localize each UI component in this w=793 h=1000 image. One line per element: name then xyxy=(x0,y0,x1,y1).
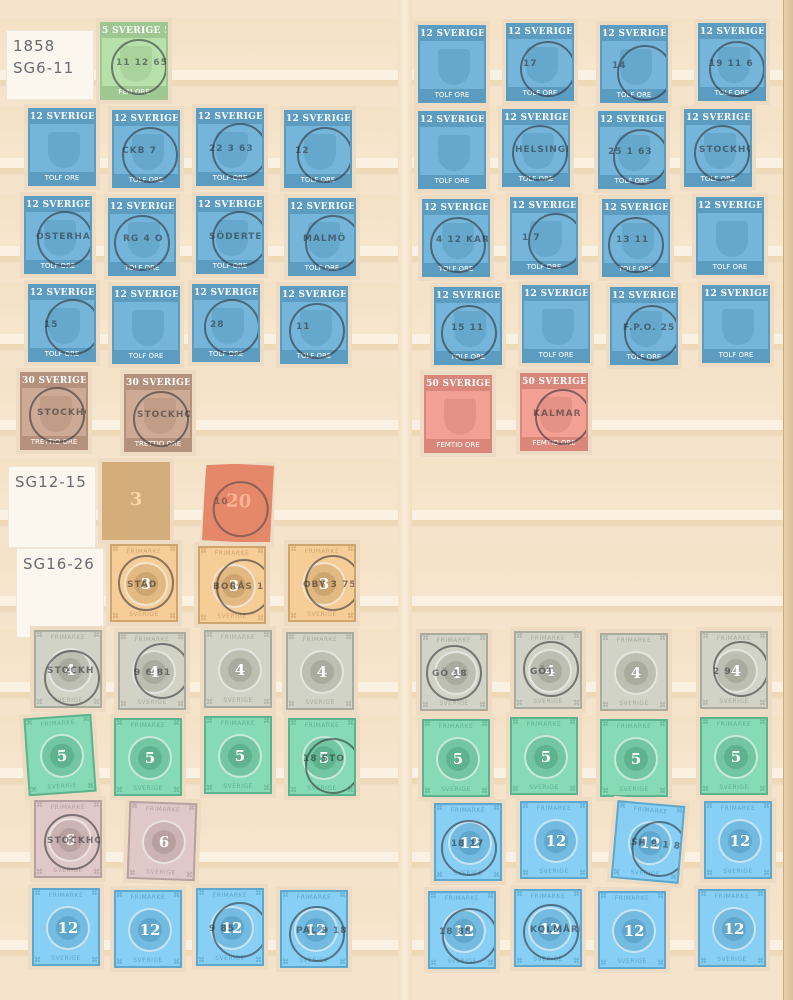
postmark-text: SÖDERTELGE xyxy=(209,232,264,242)
stamp-num-5[interactable]: FRIMARKE5SVERIGE⌘⌘⌘⌘ xyxy=(506,713,582,799)
stamp-num-3[interactable]: FRIMARKE3SVERIGE⌘⌘⌘⌘BORÅS 14 1 xyxy=(194,542,270,628)
corner-ornament-icon: ⌘ xyxy=(30,787,37,794)
stamp-value-inscription: TOLF ORE xyxy=(704,349,768,361)
stamp-coat-12[interactable]: 12 SVERIGE 12TOLF OREÖSTERHANIN xyxy=(20,192,96,278)
postmark-text: 2 9 xyxy=(713,667,732,677)
stamp-design: FRIMARKE4SVERIGE⌘⌘⌘⌘ xyxy=(600,633,668,711)
stamp-country-text: SVERIGE xyxy=(700,956,764,963)
corner-ornament-icon: ⌘ xyxy=(257,548,264,555)
stamp-value-inscription: TOLF ORE xyxy=(698,261,762,273)
corner-ornament-icon: ⌘ xyxy=(263,718,270,725)
stamp-design: FRIMARKE12SVERIGE⌘⌘⌘⌘ xyxy=(704,801,772,879)
stamp-coat-12[interactable]: 12 SVERIGE 12TOLF ORE xyxy=(698,281,774,367)
stamp-num-5[interactable]: FRIMARKE5SVERIGE⌘⌘⌘⌘ xyxy=(110,714,186,800)
stamp-num-12[interactable]: FRIMARKE12SVERIGE⌘⌘⌘⌘ xyxy=(516,797,592,883)
stamp-frimarke-text: FRIMARKE xyxy=(288,636,352,643)
corner-ornament-icon: ⌘ xyxy=(602,635,609,642)
stamp-lion-3[interactable]: 3 xyxy=(98,458,174,544)
stockbook-strip xyxy=(0,420,785,434)
postmark-text: OBY 3 75 xyxy=(303,580,356,590)
stamp-coat-12[interactable]: 12 SVERIGE 12TOLF ORE xyxy=(692,193,768,279)
stamp-frimarke-text: FRIMARKE xyxy=(512,721,576,728)
postmark-circle xyxy=(613,129,666,185)
stamp-design: FRIMARKE3SVERIGE⌘⌘⌘⌘OBY 3 75 xyxy=(288,544,356,622)
stamp-country-text: SVERIGE xyxy=(702,698,766,705)
stamp-num-4[interactable]: FRIMARKE4SVERIGE⌘⌘⌘⌘ xyxy=(596,629,672,715)
stamp-country-text: SVERIGE xyxy=(120,699,184,706)
stamp-design: FRIMARKE12SVERIGE⌘⌘⌘⌘18 17 xyxy=(434,803,502,881)
stamp-design: 12 SVERIGE 12TOLF ORE xyxy=(702,285,770,363)
stamp-design: FRIMARKE12SVERIGE⌘⌘⌘⌘ xyxy=(32,888,100,966)
stamp-frimarke-text: FRIMARKE xyxy=(424,723,488,730)
stamp-frimarke-text: FRIMARKE xyxy=(26,718,90,729)
stamp-num-4[interactable]: FRIMARKE4SVERIGE⌘⌘⌘⌘STOCKH xyxy=(30,626,106,712)
stamp-coat-12[interactable]: 12 SVERIGE 12TOLF ORE15 xyxy=(24,280,100,366)
stamp-top-inscription: 12 SVERIGE 12 xyxy=(512,199,576,213)
stamp-design: 12 SVERIGE 12TOLF ORECKB 7 xyxy=(112,110,180,188)
stamp-num-12[interactable]: FRIMARKE12SVERIGE⌘⌘⌘⌘KOLMÅRDEN xyxy=(510,885,586,971)
corner-ornament-icon: ⌘ xyxy=(173,959,180,966)
stamp-top-inscription: 30 SVERIGE 30 xyxy=(22,374,86,388)
corner-ornament-icon: ⌘ xyxy=(512,719,519,726)
corner-ornament-icon: ⌘ xyxy=(479,635,486,642)
stamp-design: FRIMARKE5SVERIGE⌘⌘⌘⌘ xyxy=(23,714,96,797)
stamp-numeral: 5 xyxy=(724,745,748,769)
postmark-text: CKB 7 xyxy=(122,146,157,156)
numeral-circle: 5 xyxy=(218,734,262,778)
stamp-coat-12[interactable]: 12 SVERIGE 12TOLF ORE28 xyxy=(188,280,264,366)
stamp-frimarke-text: FRIMARKE xyxy=(200,550,264,557)
stamp-design: FRIMARKE12SVERIGE⌘⌘⌘⌘18 85 xyxy=(428,891,496,969)
stamp-frimarke-text: FRIMARKE xyxy=(602,637,666,644)
stamp-design: FRIMARKE5SVERIGE⌘⌘⌘⌘ xyxy=(422,719,490,797)
stamp-num-5[interactable]: FRIMARKE5SVERIGE⌘⌘⌘⌘ xyxy=(19,709,101,800)
corner-ornament-icon: ⌘ xyxy=(657,893,664,900)
stamp-country-text: SVERIGE xyxy=(116,785,180,792)
stamp-num-5[interactable]: FRIMARKE5SVERIGE⌘⌘⌘⌘ xyxy=(418,715,494,801)
coat-of-arms-icon xyxy=(542,309,574,345)
corner-ornament-icon: ⌘ xyxy=(659,721,666,728)
corner-ornament-icon: ⌘ xyxy=(288,634,295,641)
stamp-value-inscription: TOLF ORE xyxy=(420,89,484,101)
stamp-frimarke-text: FRIMARKE xyxy=(131,805,195,814)
stamp-frimarke-text: FRIMARKE xyxy=(522,805,586,812)
stamp-frimarke-text: FRIMARKE xyxy=(430,895,494,902)
stamp-coat-12[interactable]: 12 SVERIGE 12TOLF ORE xyxy=(414,21,490,107)
corner-ornament-icon: ⌘ xyxy=(200,548,207,555)
stamp-num-6[interactable]: FRIMARKE6SVERIGE⌘⌘⌘⌘ xyxy=(123,797,202,886)
stamp-coat-12[interactable]: 12 SVERIGE 12TOLF ORESTOCKHOLM xyxy=(680,105,756,191)
corner-ornament-icon: ⌘ xyxy=(290,720,297,727)
stamp-frimarke-text: FRIMARKE xyxy=(198,892,262,899)
stamp-design: 50 SVERIGE 50FEMTIO ORE xyxy=(424,375,492,453)
stamp-coat-12[interactable]: 12 SVERIGE 12TOLF ORECKB 7 xyxy=(108,106,184,192)
corner-ornament-icon: ⌘ xyxy=(36,632,43,639)
stamp-design: 12 SVERIGE 12TOLF ORE17 xyxy=(506,23,574,101)
stamp-country-text: SVERIGE xyxy=(512,784,576,791)
stamp-num-3[interactable]: FRIMARKE3SVERIGE⌘⌘⌘⌘OBY 3 75 xyxy=(284,540,360,626)
stamp-coat-12[interactable]: 12 SVERIGE 12TOLF ORE4 12 KARLS xyxy=(418,195,494,281)
corner-ornament-icon: ⌘ xyxy=(93,699,100,706)
postmark-text: RG 4 O xyxy=(123,234,164,244)
stamp-coat-12[interactable]: 12 SVERIGE 12TOLF ORERG 4 O xyxy=(104,194,180,280)
stamp-frimarke-text: FRIMARKE xyxy=(206,720,270,727)
stamp-top-inscription: 12 SVERIGE 12 xyxy=(612,289,676,303)
corner-ornament-icon: ⌘ xyxy=(206,632,213,639)
numeral-circle: 6 xyxy=(141,819,187,865)
stamp-design: FRIMARKE12SVERIGE⌘⌘⌘⌘ xyxy=(598,891,666,969)
stamp-design: 12 SVERIGE 12TOLF ORE15 11 xyxy=(434,287,502,365)
corner-ornament-icon: ⌘ xyxy=(670,874,678,882)
stamp-num-12[interactable]: FRIMARKE12SVERIGE⌘⌘⌘⌘18 17 xyxy=(430,799,506,885)
postmark-text: 15 11 xyxy=(451,323,484,333)
stamp-value-inscription: TOLF ORE xyxy=(420,175,484,187)
stamp-coat-12[interactable]: 12 SVERIGE 12TOLF ORE17 xyxy=(502,19,578,105)
stamp-top-inscription: 5 SVERIGE 5 xyxy=(102,24,166,38)
stamp-num-12[interactable]: FRIMARKE12SVERIGE⌘⌘⌘⌘18 85 xyxy=(424,887,500,973)
postmark-circle xyxy=(305,738,356,794)
stamp-numeral: 5 xyxy=(228,744,252,768)
stamp-country-text: SVERIGE xyxy=(288,699,352,706)
postmark-circle xyxy=(608,217,664,273)
corner-ornament-icon: ⌘ xyxy=(573,891,580,898)
stamp-coat-12[interactable]: 12 SVERIGE 12TOLF ORE12 xyxy=(280,106,356,192)
corner-ornament-icon: ⌘ xyxy=(436,805,443,812)
corner-ornament-icon: ⌘ xyxy=(759,786,766,793)
corner-ornament-icon: ⌘ xyxy=(579,803,586,810)
stamp-num-12[interactable]: FRIMARKE12SVERIGE⌘⌘⌘⌘ xyxy=(28,884,104,970)
stamp-design: 12 SVERIGE 12TOLF ORE xyxy=(522,285,590,363)
stamp-coat-5[interactable]: 5 SVERIGE 5FEM ORE11 12 65 xyxy=(96,18,172,104)
stamp-design: 12 SVERIGE 12TOLF OREF.P.O. 25 xyxy=(610,287,678,365)
stamp-num-5[interactable]: FRIMARKE5SVERIGE⌘⌘⌘⌘18 STO xyxy=(284,714,360,800)
stamp-top-inscription: 12 SVERIGE 12 xyxy=(30,286,94,300)
corner-ornament-icon: ⌘ xyxy=(347,613,354,620)
postmark-text: KOLMÅRDEN xyxy=(530,925,582,935)
stockbook-page: 1858 SG6-11 SG12-15 SG16-26 5 SVERIGE 5F… xyxy=(0,0,793,1000)
stamp-design: FRIMARKE12SVERIGE⌘⌘⌘⌘KOLMÅRDEN xyxy=(514,889,582,967)
stamp-coat-12[interactable]: 12 SVERIGE 12TOLF OREF.P.O. 25 xyxy=(606,283,682,369)
stamp-coat-12[interactable]: 12 SVERIGE 12TOLF ORE xyxy=(414,107,490,193)
stamp-design: FRIMARKE12SVERIGE⌘⌘⌘⌘SH 9 1 83 xyxy=(611,800,686,884)
corner-ornament-icon: ⌘ xyxy=(87,783,94,790)
stamp-coat-12[interactable]: 12 SVERIGE 12TOLF ORE22 3 63 xyxy=(192,104,268,190)
corner-ornament-icon: ⌘ xyxy=(659,788,666,795)
stamp-coat-12[interactable]: 12 SVERIGE 12TOLF ORE13 11 xyxy=(598,195,674,281)
stamp-top-inscription: 30 SVERIGE 30 xyxy=(126,376,190,390)
corner-ornament-icon: ⌘ xyxy=(339,892,346,899)
stamp-num-12[interactable]: FRIMARKE12SVERIGE⌘⌘⌘⌘9 85 xyxy=(192,884,268,970)
corner-ornament-icon: ⌘ xyxy=(347,546,354,553)
coat-of-arms-icon xyxy=(444,399,476,435)
label-catalogue-range: SG12-15 xyxy=(15,471,89,493)
corner-ornament-icon: ⌘ xyxy=(573,958,580,965)
corner-ornament-icon: ⌘ xyxy=(173,892,180,899)
stamp-frimarke-text: FRIMARKE xyxy=(422,637,486,644)
corner-ornament-icon: ⌘ xyxy=(516,958,523,965)
stamp-design: FRIMARKE4SVERIGE⌘⌘⌘⌘9 6 81 xyxy=(118,632,186,710)
stamp-frimarke-text: FRIMARKE xyxy=(516,893,580,900)
stamp-top-inscription: 12 SVERIGE 12 xyxy=(282,288,346,302)
postmark-text: BORÅS 14 1 xyxy=(213,582,266,592)
stamp-num-4[interactable]: FRIMARKE4SVERIGE⌘⌘⌘⌘GÖ 18 xyxy=(416,629,492,715)
stamp-design: FRIMARKE12SVERIGE⌘⌘⌘⌘ xyxy=(114,890,182,968)
stamp-top-inscription: 12 SVERIGE 12 xyxy=(26,198,90,212)
corner-ornament-icon: ⌘ xyxy=(34,957,41,964)
stamp-coat-12[interactable]: 12 SVERIGE 12TOLF ORESÖDERTELGE xyxy=(192,192,268,278)
postmark-text: 4 12 KARLS xyxy=(436,235,490,245)
stamp-coat-12[interactable]: 12 SVERIGE 12TOLF OREHELSINGBOR xyxy=(498,105,574,191)
stamp-numeral: 4 xyxy=(228,658,252,682)
stamp-design: 2010 xyxy=(202,462,274,543)
corner-ornament-icon: ⌘ xyxy=(131,803,138,810)
postmark-text: GÖ 18 xyxy=(432,669,468,679)
postmark-text: ÖSTERHANIN xyxy=(36,232,92,242)
stamp-coat-12[interactable]: 12 SVERIGE 12TOLF ORE11 xyxy=(276,282,352,368)
stamp-coat-12[interactable]: 12 SVERIGE 12TOLF ORE xyxy=(24,104,100,190)
corner-ornament-icon: ⌘ xyxy=(188,805,195,812)
stamp-design: FRIMARKE4SVERIGE⌘⌘⌘⌘ xyxy=(286,632,354,710)
stamp-coat-12[interactable]: 12 SVERIGE 12TOLF ORE xyxy=(108,282,184,368)
stamp-frimarke-text: FRIMARKE xyxy=(206,634,270,641)
corner-ornament-icon: ⌘ xyxy=(345,634,352,641)
stamp-frimarke-text: FRIMARKE xyxy=(120,636,184,643)
stamp-num-4[interactable]: FRIMARKE4SVERIGE⌘⌘⌘⌘9 6 81 xyxy=(114,628,190,714)
stamp-numeral: 4 xyxy=(310,660,334,684)
corner-ornament-icon: ⌘ xyxy=(288,701,295,708)
stamp-num-12[interactable]: FRIMARKE12SVERIGE⌘⌘⌘⌘SH 9 1 83 xyxy=(606,796,689,888)
coat-of-arms-icon xyxy=(722,309,754,345)
postmark-text: 25 1 63 xyxy=(608,147,653,157)
stamp-coat-30[interactable]: 30 SVERIGE 30TRETTIO ORESTOCKHOLM xyxy=(120,370,196,456)
corner-ornament-icon: ⌘ xyxy=(290,787,297,794)
numeral-circle: 12 xyxy=(712,907,756,951)
corner-ornament-icon: ⌘ xyxy=(516,633,523,640)
stamp-num-12[interactable]: FRIMARKE12SVERIGE⌘⌘⌘⌘ xyxy=(694,885,770,971)
stamp-num-12[interactable]: FRIMARKE12SVERIGE⌘⌘⌘⌘ xyxy=(700,797,776,883)
stamp-country-text: SVERIGE xyxy=(702,784,766,791)
stamp-numeral: 6 xyxy=(152,830,177,855)
stamp-design: 12 SVERIGE 12TOLF ORE xyxy=(112,286,180,364)
corner-ornament-icon: ⌘ xyxy=(522,870,529,877)
stamp-design: 12 SVERIGE 12TOLF ORE11 xyxy=(280,286,348,364)
stamp-top-inscription: 12 SVERIGE 12 xyxy=(198,198,262,212)
stamp-design: FRIMARKE5SVERIGE⌘⌘⌘⌘18 STO xyxy=(288,718,356,796)
stamp-country-text: SVERIGE xyxy=(706,868,770,875)
stamp-design: 12 SVERIGE 12TOLF ORE xyxy=(696,197,764,275)
stamp-numeral: 5 xyxy=(534,745,558,769)
corner-ornament-icon: ⌘ xyxy=(290,546,297,553)
stamp-top-inscription: 12 SVERIGE 12 xyxy=(110,200,174,214)
stamp-coat-50[interactable]: 50 SVERIGE 50FEMTIO OREKALMAR xyxy=(516,369,592,455)
postmark-text: PAL 9 1881 xyxy=(296,926,348,936)
corner-ornament-icon: ⌘ xyxy=(206,718,213,725)
stamp-num-5[interactable]: FRIMARKE5SVERIGE⌘⌘⌘⌘ xyxy=(696,713,772,799)
stamp-frimarke-text: FRIMARKE xyxy=(436,807,500,814)
stamp-top-inscription: 12 SVERIGE 12 xyxy=(30,110,94,124)
stamp-design: FRIMARKE12SVERIGE⌘⌘⌘⌘ xyxy=(698,889,766,967)
stamp-design: FRIMARKE12SVERIGE⌘⌘⌘⌘9 85 xyxy=(196,888,264,966)
stamp-num-5[interactable]: FRIMARKE5SVERIGE⌘⌘⌘⌘ xyxy=(596,715,672,801)
corner-ornament-icon: ⌘ xyxy=(186,872,193,879)
stamp-design: 12 SVERIGE 12TOLF ORE28 xyxy=(192,284,260,362)
stamp-coat-12[interactable]: 12 SVERIGE 12TOLF ORE19 11 6 xyxy=(694,19,770,105)
stamp-numeral: 12 xyxy=(728,829,752,853)
stamp-design: FRIMARKE5SVERIGE⌘⌘⌘⌘ xyxy=(114,718,182,796)
stamp-frimarke-text: FRIMARKE xyxy=(290,722,354,729)
numeral-circle: 12 xyxy=(46,906,90,950)
corner-ornament-icon: ⌘ xyxy=(757,891,764,898)
corner-ornament-icon: ⌘ xyxy=(255,957,262,964)
postmark-text: 15 xyxy=(44,320,59,330)
stamp-top-inscription: 12 SVERIGE 12 xyxy=(704,287,768,301)
stamp-num-4[interactable]: FRIMARKE4SVERIGE⌘⌘⌘⌘ xyxy=(200,626,276,712)
postmark-text: 9 85 xyxy=(209,924,235,934)
stamp-num-12[interactable]: FRIMARKE12SVERIGE⌘⌘⌘⌘ xyxy=(594,887,670,973)
postmark-text: KALMAR xyxy=(533,409,582,419)
label-catalogue-range: SG6-11 xyxy=(13,57,87,79)
postmark-text: 17 xyxy=(523,59,538,69)
stamp-country-text: SVERIGE xyxy=(522,868,586,875)
stamp-coat-12[interactable]: 12 SVERIGE 12TOLF ORE25 1 63 xyxy=(594,107,670,193)
corner-ornament-icon: ⌘ xyxy=(763,803,770,810)
corner-ornament-icon: ⌘ xyxy=(91,890,98,897)
corner-ornament-icon: ⌘ xyxy=(600,893,607,900)
stamp-top-inscription: 12 SVERIGE 12 xyxy=(114,288,178,302)
stamp-top-inscription: 12 SVERIGE 12 xyxy=(700,25,764,39)
stamp-coat-12[interactable]: 12 SVERIGE 12TOLF ORE14 xyxy=(596,21,672,107)
corner-ornament-icon: ⌘ xyxy=(36,699,43,706)
stamp-numeral: 5 xyxy=(624,747,648,771)
stamp-design: 12 SVERIGE 12TOLF ORE12 xyxy=(284,110,352,188)
stamp-num-4[interactable]: FRIMARKE4SVERIGE⌘⌘⌘⌘2 9 xyxy=(696,627,772,713)
page-center-gutter xyxy=(398,0,412,1000)
stamp-coat-12[interactable]: 12 SVERIGE 12TOLF ORE1 7 xyxy=(506,193,582,279)
corner-ornament-icon: ⌘ xyxy=(112,613,119,620)
stamp-numeral: 12 xyxy=(56,916,80,940)
stamp-frimarke-text: FRIMARKE xyxy=(112,548,176,555)
numeral-circle: 5 xyxy=(436,737,480,781)
corner-ornament-icon: ⌘ xyxy=(757,958,764,965)
corner-ornament-icon: ⌘ xyxy=(198,890,205,897)
stamp-num-4[interactable]: FRIMARKE4SVERIGE⌘⌘⌘⌘ xyxy=(282,628,358,714)
corner-ornament-icon: ⌘ xyxy=(93,802,100,809)
corner-ornament-icon: ⌘ xyxy=(177,701,184,708)
stamp-value-inscription: TOLF ORE xyxy=(114,350,178,362)
stamp-num-6[interactable]: FRIMARKE6SVERIGE⌘⌘⌘⌘STOCKHOLM xyxy=(30,796,106,882)
corner-ornament-icon: ⌘ xyxy=(602,788,609,795)
stamp-frimarke-text: FRIMARKE xyxy=(116,722,180,729)
postmark-text: 28 xyxy=(210,320,225,330)
corner-ornament-icon: ⌘ xyxy=(602,702,609,709)
corner-ornament-icon: ⌘ xyxy=(112,546,119,553)
stamp-country-text: SVERIGE xyxy=(112,611,176,618)
stamp-design: FRIMARKE4SVERIGE⌘⌘⌘⌘GÖT xyxy=(514,631,582,709)
postmark-text: HELSINGBOR xyxy=(515,145,570,155)
label-sg16-26: SG16-26 xyxy=(16,548,104,638)
stamp-coat-12[interactable]: 12 SVERIGE 12TOLF ORE15 11 xyxy=(430,283,506,369)
stamp-coat-30[interactable]: 30 SVERIGE 30TRETTIO ORESTOCKHOLM xyxy=(16,368,92,454)
stamp-design: 50 SVERIGE 50FEMTIO OREKALMAR xyxy=(520,373,588,451)
stamp-design: 12 SVERIGE 12TOLF ORE4 12 KARLS xyxy=(422,199,490,277)
stamp-frimarke-text: FRIMARKE xyxy=(702,721,766,728)
numeral-circle: 12 xyxy=(612,909,656,953)
stamp-design: FRIMARKE4SVERIGE⌘⌘⌘⌘STOCKH xyxy=(34,630,102,708)
stamp-numeral: 12 xyxy=(138,918,162,942)
stamp-coat-12[interactable]: 12 SVERIGE 12TOLF OREMALMÖ xyxy=(284,194,360,280)
stamp-num-12[interactable]: FRIMARKE12SVERIGE⌘⌘⌘⌘PAL 9 1881 xyxy=(276,886,352,972)
stamp-coat-12[interactable]: 12 SVERIGE 12TOLF ORE xyxy=(518,281,594,367)
postmark-text: 22 3 63 xyxy=(209,144,254,154)
stamp-design: 12 SVERIGE 12TOLF ORE xyxy=(418,25,486,103)
postmark-circle xyxy=(520,41,574,97)
stamp-num-4[interactable]: FRIMARKE4SVERIGE⌘⌘⌘⌘GÖT xyxy=(510,627,586,713)
stamp-country-text: SVERIGE xyxy=(516,698,580,705)
corner-ornament-icon: ⌘ xyxy=(422,702,429,709)
stamp-num-3[interactable]: FRIMARKE3SVERIGE⌘⌘⌘⌘STAD xyxy=(106,540,182,626)
corner-ornament-icon: ⌘ xyxy=(573,700,580,707)
stamp-frimarke-text: FRIMARKE xyxy=(36,804,100,811)
numeral-circle: 4 xyxy=(218,648,262,692)
coat-of-arms-icon xyxy=(438,135,470,171)
stamp-top-inscription: 12 SVERIGE 12 xyxy=(698,199,762,213)
postmark-text: 10 xyxy=(214,497,229,508)
stamp-numeral: 12 xyxy=(544,829,568,853)
stamp-frimarke-text: FRIMARKE xyxy=(706,805,770,812)
stamp-design: FRIMARKE12SVERIGE⌘⌘⌘⌘PAL 9 1881 xyxy=(280,890,348,968)
postmark-text: STOCKHOLM xyxy=(37,408,88,418)
stamp-country-text: SVERIGE xyxy=(422,700,486,707)
corner-ornament-icon: ⌘ xyxy=(282,959,289,966)
stamp-design: FRIMARKE6SVERIGE⌘⌘⌘⌘ xyxy=(127,801,198,881)
corner-ornament-icon: ⌘ xyxy=(25,720,32,727)
numeral-circle: 12 xyxy=(718,819,762,863)
corner-ornament-icon: ⌘ xyxy=(493,872,500,879)
stamp-value-inscription: TOLF ORE xyxy=(30,172,94,184)
postmark-circle xyxy=(430,217,486,273)
corner-ornament-icon: ⌘ xyxy=(759,700,766,707)
corner-ornament-icon: ⌘ xyxy=(702,700,709,707)
corner-ornament-icon: ⌘ xyxy=(82,716,89,723)
corner-ornament-icon: ⌘ xyxy=(282,892,289,899)
corner-ornament-icon: ⌘ xyxy=(602,721,609,728)
stamp-coat-50[interactable]: 50 SVERIGE 50FEMTIO ORE xyxy=(420,371,496,457)
stamp-design: 12 SVERIGE 12TOLF ORE15 xyxy=(28,284,96,362)
stamp-design: 3 xyxy=(102,462,170,540)
corner-ornament-icon: ⌘ xyxy=(759,719,766,726)
stamp-lion-20[interactable]: 2010 xyxy=(198,458,278,548)
postmark-text: 14 xyxy=(612,61,627,71)
stamp-design: 12 SVERIGE 12TOLF ORE14 xyxy=(600,25,668,103)
stamp-country-text: SVERIGE xyxy=(200,613,264,620)
stamp-top-inscription: 12 SVERIGE 12 xyxy=(198,110,262,124)
corner-ornament-icon: ⌘ xyxy=(206,785,213,792)
corner-ornament-icon: ⌘ xyxy=(116,720,123,727)
stamp-frimarke-text: FRIMARKE xyxy=(600,895,664,902)
coat-of-arms-icon xyxy=(438,49,470,85)
postmark-text: 18 STO xyxy=(303,754,345,764)
corner-ornament-icon: ⌘ xyxy=(173,720,180,727)
numeral-circle: 12 xyxy=(534,819,578,863)
stamp-num-5[interactable]: FRIMARKE5SVERIGE⌘⌘⌘⌘ xyxy=(200,712,276,798)
numeral-circle: 5 xyxy=(614,737,658,781)
stamp-num-12[interactable]: FRIMARKE12SVERIGE⌘⌘⌘⌘ xyxy=(110,886,186,972)
stamp-design: FRIMARKE3SVERIGE⌘⌘⌘⌘BORÅS 14 1 xyxy=(198,546,266,624)
numeral-circle: 4 xyxy=(614,651,658,695)
corner-ornament-icon: ⌘ xyxy=(173,787,180,794)
postmark-text: 1 7 xyxy=(522,233,541,243)
corner-ornament-icon: ⌘ xyxy=(512,786,519,793)
